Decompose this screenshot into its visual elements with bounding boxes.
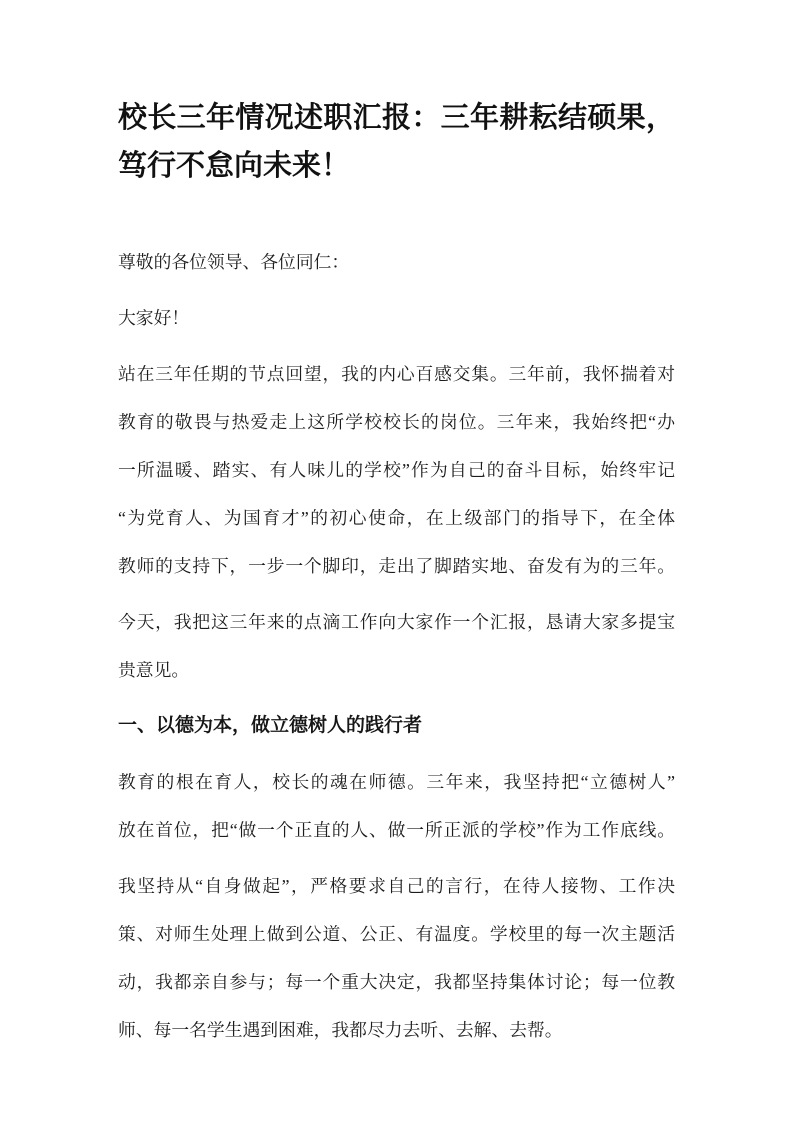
document-title: 校长三年情况述职汇报：三年耕耘结硕果， 笃行不怠向未来！ [118, 94, 675, 190]
document-body: 校长三年情况述职汇报：三年耕耘结硕果， 笃行不怠向未来！ 尊敬的各位领导、各位同… [0, 0, 793, 1054]
text-line: 策、对师生处理上做到公道、公正、有温度。学校里的每一次主题活 [118, 910, 675, 958]
paragraph: 教育的根在育人，校长的魂在师德。三年来，我坚持把“立德树人” 放在首位，把“做一… [118, 758, 675, 854]
text-line: 教师的支持下，一步一个脚印，走出了脚踏实地、奋发有为的三年。 [118, 542, 675, 590]
text-line: 放在首位，把“做一个正直的人、做一所正派的学校”作为工作底线。 [118, 806, 675, 854]
greeting-paragraph: 大家好！ [118, 294, 675, 342]
text-line: 师、每一名学生遇到困难，我都尽力去听、去解、去帮。 [118, 1006, 675, 1054]
text-line: 一所温暖、踏实、有人味儿的学校”作为自己的奋斗目标，始终牢记 [118, 446, 675, 494]
text-line: 教育的敬畏与热爱走上这所学校校长的岗位。三年来，我始终把“办 [118, 398, 675, 446]
text-line: 贵意见。 [118, 646, 675, 694]
text-line: 动，我都亲自参与；每一个重大决定，我都坚持集体讨论；每一位教 [118, 958, 675, 1006]
section-heading: 一、以德为本，做立德树人的践行者 [118, 702, 675, 750]
heading-line: 一、以德为本，做立德树人的践行者 [118, 702, 675, 750]
paragraph: 我坚持从“自身做起”，严格要求自己的言行，在待人接物、工作决 策、对师生处理上做… [118, 862, 675, 1054]
text-line: 站在三年任期的节点回望，我的内心百感交集。三年前，我怀揣着对 [118, 350, 675, 398]
text-line: 尊敬的各位领导、各位同仁： [118, 238, 675, 286]
document-page: 校长三年情况述职汇报：三年耕耘结硕果， 笃行不怠向未来！ 尊敬的各位领导、各位同… [0, 0, 793, 1122]
paragraph: 站在三年任期的节点回望，我的内心百感交集。三年前，我怀揣着对 教育的敬畏与热爱走… [118, 350, 675, 590]
text-line: 大家好！ [118, 294, 675, 342]
text-line: 我坚持从“自身做起”，严格要求自己的言行，在待人接物、工作决 [118, 862, 675, 910]
paragraph: 今天，我把这三年来的点滴工作向大家作一个汇报，恳请大家多提宝 贵意见。 [118, 598, 675, 694]
title-line: 校长三年情况述职汇报：三年耕耘结硕果， [118, 94, 675, 142]
text-line: “为党育人、为国育才”的初心使命，在上级部门的指导下，在全体 [118, 494, 675, 542]
text-line: 教育的根在育人，校长的魂在师德。三年来，我坚持把“立德树人” [118, 758, 675, 806]
text-line: 今天，我把这三年来的点滴工作向大家作一个汇报，恳请大家多提宝 [118, 598, 675, 646]
salutation-paragraph: 尊敬的各位领导、各位同仁： [118, 238, 675, 286]
title-line: 笃行不怠向未来！ [118, 142, 675, 190]
